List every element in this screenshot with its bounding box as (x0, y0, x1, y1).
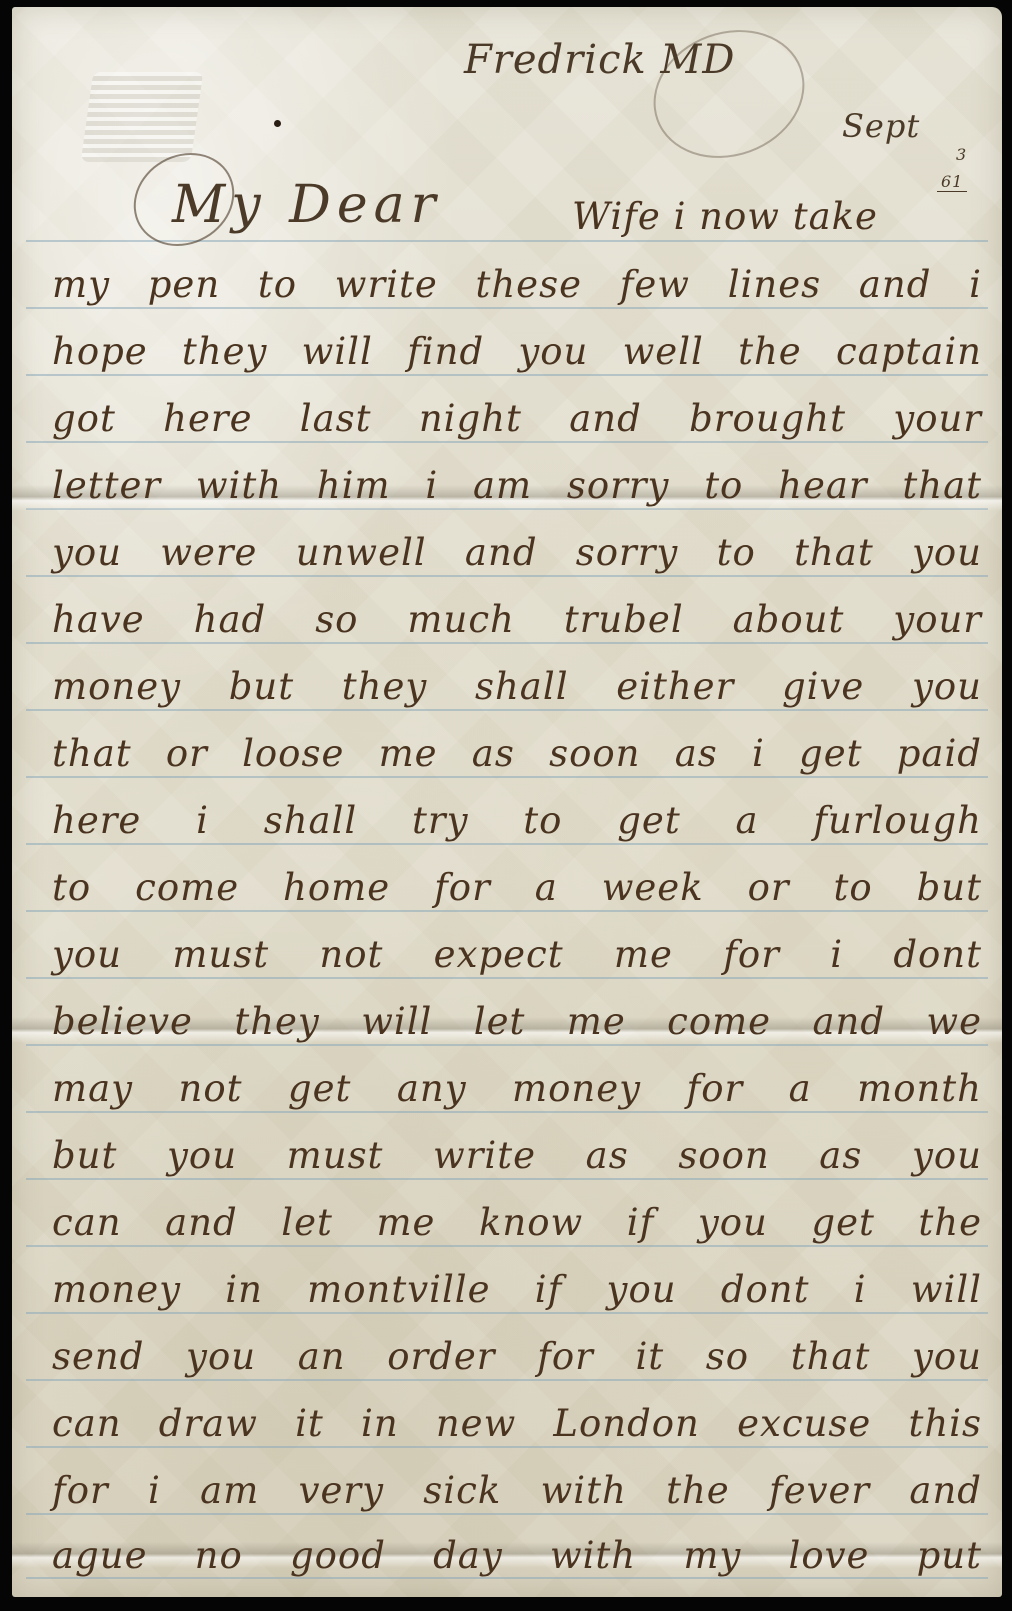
ruled-line (26, 977, 988, 979)
ruled-line (26, 776, 988, 778)
ruled-line (26, 1245, 988, 1247)
letter-line: but you must write as soon as you (52, 1134, 982, 1177)
ruled-line (26, 843, 988, 845)
ruled-line (26, 307, 988, 309)
ruled-line (26, 1379, 988, 1381)
letter-line: letter with him i am sorry to hear that (52, 464, 982, 507)
letter-line: have had so much trubel about your (52, 598, 982, 641)
letter-line: ague no good day with my love put (52, 1534, 982, 1577)
ruled-line (26, 1044, 988, 1046)
letter-year: 61 (937, 172, 967, 192)
ruled-line (26, 1312, 988, 1314)
letter-line: send you an order for it so that you (52, 1335, 982, 1378)
ink-spot (274, 120, 281, 127)
ruled-line (26, 642, 988, 644)
ruled-line (26, 575, 988, 577)
letter-line: can and let me know if you get the (52, 1201, 982, 1244)
ruled-line (26, 910, 988, 912)
letter-line: may not get any money for a month (52, 1067, 982, 1110)
ruled-line (26, 240, 988, 242)
letter-line: that or loose me as soon as i get paid (52, 732, 982, 775)
ruled-line (26, 1446, 988, 1448)
ruled-line (26, 1577, 988, 1579)
embossed-stamp (81, 72, 204, 162)
letter-line: can draw it in new London excuse this (52, 1402, 982, 1445)
letter-place: Fredrick MD (464, 37, 735, 83)
letter-line: you were unwell and sorry to that you (52, 531, 982, 574)
ruled-line (26, 374, 988, 376)
ruled-line (26, 441, 988, 443)
letter-day: 3 (956, 145, 967, 164)
letter-line: you must not expect me for i dont (52, 933, 982, 976)
ruled-line (26, 709, 988, 711)
ruled-line (26, 1513, 988, 1515)
letter-line: here i shall try to get a furlough (52, 799, 982, 842)
ruled-line (26, 1111, 988, 1113)
letter-month: Sept (842, 107, 920, 145)
header-flourish (635, 9, 822, 178)
letter-line: for i am very sick with the fever and (52, 1469, 982, 1512)
letter-line: got here last night and brought your (52, 397, 982, 440)
letter-line: to come home for a week or to but (52, 866, 982, 909)
scan-background: Fredrick MD Sept 3 61 My Dear Wife i now… (0, 0, 1012, 1611)
letter-line: believe they will let me come and we (52, 1000, 982, 1043)
letter-line: hope they will find you well the captain (52, 330, 982, 373)
ruled-line (26, 1178, 988, 1180)
letter-line: my pen to write these few lines and i (52, 263, 982, 306)
letter-line: money but they shall either give you (52, 665, 982, 708)
salutation: My Dear (172, 175, 441, 235)
letter-page: Fredrick MD Sept 3 61 My Dear Wife i now… (12, 7, 1002, 1597)
salutation-continuation: Wife i now take (572, 195, 878, 238)
letter-line: money in montville if you dont i will (52, 1268, 982, 1311)
